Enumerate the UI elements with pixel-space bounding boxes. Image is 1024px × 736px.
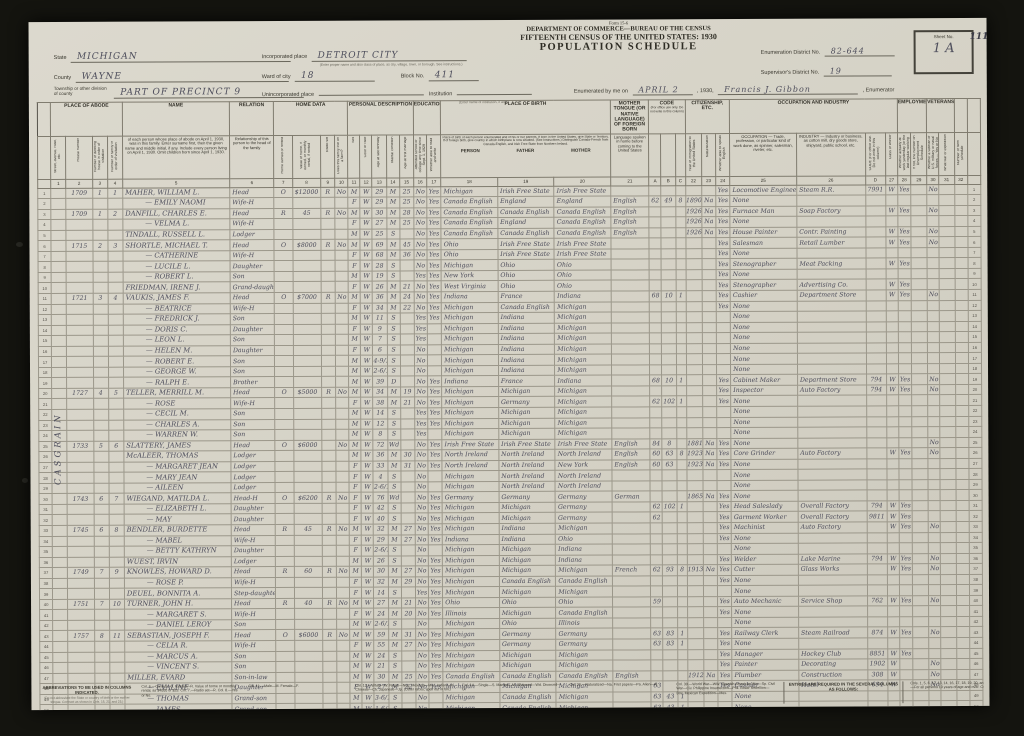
cell-race: W (362, 556, 374, 567)
sub-header-race: Color or race (360, 135, 372, 178)
cell-rel: Wife-H (231, 577, 275, 588)
cell-rel: Daughter (230, 324, 274, 335)
cell-vet: No (927, 237, 939, 248)
cell-val (294, 482, 322, 493)
cell-vet: No (929, 553, 941, 564)
block-label: Block No. (401, 73, 425, 79)
cell-mar: M (387, 450, 400, 461)
cell-pobf: Michigan (499, 513, 556, 524)
cell-ind (798, 543, 867, 554)
cell-name: — ROBERT L. (123, 272, 230, 283)
cell-house (67, 451, 93, 462)
cell-val: $5000 (293, 387, 321, 398)
cell-fs (955, 289, 968, 300)
cell-rn: 29 (969, 479, 982, 490)
cell-farm (335, 229, 348, 240)
cell-farm (336, 377, 349, 388)
cell-radio (321, 366, 335, 377)
cell-sex: F (349, 471, 361, 482)
cell-fs (956, 616, 969, 627)
cell-farm (337, 609, 350, 620)
cell-ind (798, 617, 867, 628)
cell-war (940, 384, 955, 395)
cell-rw: Yes (429, 671, 443, 682)
cell-pobf: Indiana (498, 344, 555, 355)
cell-house (67, 325, 93, 336)
cell-house (67, 483, 93, 494)
cell-code: 794 (866, 374, 886, 385)
cell-code (867, 638, 887, 649)
cell-rn: 28 (969, 469, 982, 480)
cell-agm (401, 492, 415, 503)
cell-farm (335, 303, 348, 314)
sub-header-vertical-text: Age at last birthday (377, 136, 381, 167)
cell-war (941, 595, 956, 606)
cell-pobm: Canada English (556, 607, 613, 618)
cell-img (687, 470, 703, 481)
cell-pobm: Michigan (556, 565, 613, 576)
cell-house (68, 578, 94, 589)
cell-sex: F (349, 482, 361, 493)
sub-header-vertical-text: Whether actually at work yesterday (or t… (899, 134, 911, 171)
sub-header-vertical-text: Value of home, if owned, or monthly rent… (300, 136, 312, 173)
cell-cw: W (886, 184, 898, 195)
column-number (38, 179, 51, 188)
column-number: 12 (360, 178, 372, 187)
cell-pobf: Michigan (499, 608, 556, 619)
group-code: CODE(For office use only. Do not write i… (649, 100, 686, 134)
cell-fs (955, 268, 968, 279)
cell-pobf: North Ireland (499, 449, 556, 460)
cell-house: 1751 (68, 599, 94, 610)
cell-rn: 41 (969, 606, 982, 617)
cell-ln: 44 (40, 642, 53, 653)
cell-e1 (899, 469, 912, 480)
cell-e1 (899, 532, 912, 543)
cell-name: — MABEL (124, 535, 231, 546)
cell-name: SHORTLE, MICHAEL T. (123, 240, 230, 251)
cell-fam (109, 504, 124, 515)
cell-radio: R (321, 208, 335, 219)
cell-nat: Na (702, 206, 716, 217)
cell-own: O (276, 630, 294, 641)
cell-occ: None (731, 353, 798, 364)
cell-own (276, 503, 294, 514)
cell-own (276, 662, 294, 673)
cell-own (276, 535, 294, 546)
sub-header-vertical-text: If not, line number on Unemployment Sche… (913, 134, 925, 171)
cell-radio (321, 282, 335, 293)
cell-ln: 12 (38, 304, 51, 315)
cell-sch: No (416, 640, 429, 651)
cell-cb: 63 (662, 449, 676, 460)
cell-val (293, 366, 321, 377)
cell-age: 4 (373, 471, 387, 482)
cell-radio (321, 345, 335, 356)
cell-e1: Yes (898, 184, 911, 195)
cell-radio (322, 545, 336, 556)
cell-code (866, 448, 886, 459)
cell-radio: R (322, 387, 336, 398)
cell-rel: Head-H (231, 493, 275, 504)
cell-nat (703, 417, 717, 428)
cell-war (940, 458, 955, 469)
cell-mar: M (388, 577, 401, 588)
cell-e1 (898, 195, 911, 206)
cell-cb: 10 (662, 291, 676, 302)
entries-required-text: ENTRIES ARE REQUIRED IN THE SEVERAL COLU… (787, 681, 899, 692)
cell-eng: Yes (717, 385, 731, 396)
cell-pobf: Michigan (499, 565, 556, 576)
cell-sex: M (350, 556, 362, 567)
cell-pobf: Irish Free State (499, 439, 556, 450)
cell-img (687, 586, 703, 597)
cell-code: 762 (867, 596, 887, 607)
cell-occ: Railway Clerk (732, 628, 799, 639)
cell-ca (650, 344, 662, 355)
sub-header-farm: Does this family live on a farm? (335, 135, 348, 178)
cell-race: W (361, 503, 373, 514)
cell-sex: M (349, 450, 361, 461)
cell-rel: Lodger (231, 451, 275, 462)
cell-war (940, 406, 955, 417)
column-number: 7 (274, 178, 292, 187)
cell-race: W (360, 218, 372, 229)
cell-pobf: Indiana (498, 323, 555, 334)
cell-fs (954, 195, 967, 206)
cell-ca: 60 (650, 460, 662, 471)
cell-ln: 6 (38, 241, 51, 252)
sub-header-sex: Sex (348, 135, 360, 178)
sub-header-street: Street, avenue, road, etc. (51, 136, 66, 179)
cell-eng: Yes (717, 449, 731, 460)
cell-race: W (360, 239, 372, 250)
cell-pobf: Canada English (498, 228, 555, 239)
cell-e1 (898, 321, 911, 332)
form-header: State MICHIGAN County WAYNE Township or … (29, 18, 987, 22)
cell-sex: F (350, 545, 362, 556)
cell-vet (927, 247, 939, 258)
cell-mar: M (386, 197, 399, 208)
cell-radio (323, 619, 337, 630)
cell-nat (702, 364, 716, 375)
cell-vet (929, 574, 941, 585)
cell-nat (702, 375, 716, 386)
cell-pobf: Ohio (499, 618, 556, 629)
cell-house (67, 462, 93, 473)
cell-street (53, 631, 68, 642)
cell-radio (322, 535, 336, 546)
cell-dw: 6 (94, 494, 109, 505)
cell-vet (929, 648, 941, 659)
cell-val (294, 461, 322, 472)
cell-eng: Yes (716, 269, 730, 280)
cell-street (51, 230, 66, 241)
cell-radio (322, 588, 336, 599)
cell-war (941, 669, 956, 680)
cell-name: — LEON L. (123, 335, 230, 346)
cell-radio (321, 250, 335, 261)
cell-mar: S (388, 619, 401, 630)
cell-ln: 1 (38, 188, 51, 199)
cell-occ: Cabinet Maker (731, 375, 798, 386)
cell-house (66, 230, 92, 241)
cell-e1 (898, 311, 911, 322)
cell-sex: F (348, 303, 360, 314)
cell-rel: Wife-H (230, 219, 274, 230)
supervisor-district-value: 19 (824, 66, 892, 76)
cell-tongue (612, 407, 650, 418)
cell-rw: Yes (428, 397, 442, 408)
cell-pob: Indiana (442, 534, 499, 545)
cell-fam (109, 462, 124, 473)
cell-vet (928, 427, 940, 438)
cell-farm (337, 651, 350, 662)
cell-cc (676, 428, 686, 439)
cell-eng: Yes (716, 196, 730, 207)
cell-agm: 30 (401, 450, 415, 461)
entries-required-note: Cols. 1, 5, 6, 12, 13, 14, 16, 17, 18, 1… (910, 681, 983, 703)
cell-cb: 102 (662, 396, 676, 407)
cell-eng: Yes (716, 259, 730, 270)
cell-ind (797, 300, 866, 311)
cell-img (686, 343, 702, 354)
column-number: 16 (414, 177, 427, 186)
cell-eng: Yes (717, 491, 731, 502)
cell-cc (676, 259, 686, 270)
cell-vet (929, 585, 941, 596)
cell-eng: Yes (718, 628, 732, 639)
cell-tongue (612, 386, 650, 397)
cell-rw: Yes (429, 608, 443, 619)
cell-cb (662, 470, 676, 481)
cell-farm (336, 482, 349, 493)
column-number: 13 (372, 178, 386, 187)
cell-age: 59 (374, 629, 388, 640)
cell-fam (108, 409, 123, 420)
cell-race: W (360, 229, 372, 240)
cell-pob: Ohio (441, 249, 498, 260)
cell-cb (663, 544, 677, 555)
cell-e2 (913, 617, 929, 628)
cell-cb (661, 227, 675, 238)
cell-pob: Michigan (442, 429, 499, 440)
cell-dw (93, 409, 108, 420)
cell-age: 25 (372, 229, 386, 240)
abbreviation-block: Col. 12.—White—W. Negro—Neg. Mexican—Mex… (355, 683, 455, 705)
cell-age: 12 (373, 419, 387, 430)
cell-ln: 26 (39, 452, 52, 463)
column-number: B (661, 176, 675, 185)
cell-pobm: Michigan (556, 523, 613, 534)
cell-name: KNOWLES, HOWARD D. (124, 567, 231, 578)
cell-cb (663, 607, 677, 618)
cell-mar: S (388, 556, 401, 567)
cell-sex: F (350, 640, 362, 651)
cell-age: 69 (372, 239, 386, 250)
cell-e2 (911, 321, 927, 332)
cell-rw (428, 366, 442, 377)
cell-cw (886, 300, 898, 311)
cell-ca: 68 (650, 375, 662, 386)
cell-cb: 83 (663, 628, 677, 639)
cell-occ: Cashier (730, 290, 797, 301)
cell-nat: Na (702, 227, 716, 238)
cell-ind (798, 480, 867, 491)
cell-e2 (913, 574, 929, 585)
cell-farm (335, 334, 348, 345)
cell-e2 (913, 606, 929, 617)
cell-tongue (611, 280, 649, 291)
cell-ind: Retail Lumber (797, 237, 866, 248)
cell-fam (108, 356, 123, 367)
cell-pobm: Canada English (554, 207, 611, 218)
cell-rn: 21 (968, 395, 981, 406)
cell-street (51, 241, 66, 252)
cell-pobf: Ohio (498, 281, 555, 292)
group-education: EDUCATION (413, 101, 440, 135)
sheet-number-value: 1 A (933, 41, 955, 56)
cell-nat (702, 259, 716, 270)
cell-agm: 31 (401, 629, 415, 640)
cell-tongue (612, 470, 650, 481)
cell-cw: W (887, 522, 899, 533)
sub-header-tongue: Language spoken in home before coming to… (610, 133, 649, 176)
cell-nat (703, 480, 717, 491)
cell-cw (886, 332, 898, 343)
cell-e1 (900, 617, 913, 628)
cell-cw: W (886, 385, 898, 396)
cell-e2 (912, 532, 928, 543)
cell-rn: 4 (968, 216, 981, 227)
cell-name: — AILEEN (124, 483, 231, 494)
cell-vet: No (927, 226, 939, 237)
cell-e1 (899, 395, 912, 406)
cell-tongue (612, 544, 650, 555)
cell-occ: None (730, 248, 797, 259)
cell-nat: Na (703, 449, 717, 460)
cell-ind (798, 585, 867, 596)
cell-war (939, 258, 954, 269)
cell-cc (677, 512, 687, 523)
cell-occ: Manager (732, 649, 799, 660)
cell-img: 1912 (688, 670, 704, 681)
cell-fs (954, 184, 967, 195)
cell-cw (886, 353, 898, 364)
cell-cw (886, 406, 898, 417)
sub-header-cc (675, 133, 685, 176)
cell-ind (797, 195, 866, 206)
cell-code (867, 606, 887, 617)
cell-sex: F (349, 324, 361, 335)
cell-vet: No (929, 564, 941, 575)
cell-tongue (613, 660, 651, 671)
cell-ind (798, 490, 867, 501)
cell-nat (703, 512, 717, 523)
cell-e2 (913, 595, 929, 606)
cell-val: $6200 (294, 493, 322, 504)
cell-house (67, 335, 93, 346)
cell-sch: No (414, 292, 427, 303)
cell-ln: 21 (39, 399, 52, 410)
cell-pobf: Michigan (500, 650, 557, 661)
cell-age: 55 (374, 640, 388, 651)
cell-rel: Son (231, 419, 275, 430)
cell-house (67, 304, 93, 315)
enumerated-label: Enumerated by me on (574, 88, 628, 94)
cell-rel: Head (231, 567, 275, 578)
cell-rel: Wife-H (231, 535, 275, 546)
cell-dw: 7 (94, 599, 109, 610)
cell-radio (321, 197, 335, 208)
cell-cw (887, 543, 899, 554)
cell-race: W (361, 355, 373, 366)
cell-age: 34 (373, 387, 387, 398)
cell-cc (677, 523, 687, 534)
cell-val (294, 609, 322, 620)
cell-pobm: Michigan (555, 386, 612, 397)
cell-age: 4-9/12 (373, 355, 387, 366)
cell-occ: Cutter (732, 564, 799, 575)
cell-ca (650, 491, 662, 502)
abbreviations-title: ABBREVIATIONS TO BE USED IN COLUMNS INDI… (39, 685, 134, 696)
cell-dw (94, 589, 109, 600)
cell-own (276, 556, 294, 567)
cell-pobf: Germany (499, 629, 556, 640)
cell-radio (322, 556, 336, 567)
cell-fs (955, 448, 968, 459)
cell-dw: 1 (92, 188, 107, 199)
cell-e2 (913, 648, 929, 659)
cell-rn: 40 (969, 595, 982, 606)
cell-house (67, 420, 93, 431)
cell-cb (663, 576, 677, 587)
cell-cb (662, 270, 676, 281)
cell-race: W (361, 419, 373, 430)
enumerator-role: , Enumerator (863, 87, 895, 93)
cell-mar: S (387, 355, 400, 366)
cell-race: W (361, 366, 373, 377)
cell-cb: 93 (663, 565, 677, 576)
cell-ca (651, 523, 663, 534)
cell-cc: 8 (676, 449, 686, 460)
cell-occ: Welder (732, 554, 799, 565)
cell-occ: None (732, 607, 799, 618)
cell-fs (955, 332, 968, 343)
cell-sex: F (350, 609, 362, 620)
cell-fs (955, 342, 968, 353)
cell-war (941, 585, 956, 596)
cell-house: 1709 (66, 188, 92, 199)
cell-house (67, 346, 93, 357)
cell-dw (94, 546, 109, 557)
cell-radio (323, 672, 337, 683)
cell-pob: Michigan (442, 545, 499, 556)
cell-farm (336, 461, 349, 472)
cell-dw (93, 399, 108, 410)
cell-pobf: Indiana (499, 523, 556, 534)
cell-e1: Yes (900, 648, 913, 659)
cell-cb (662, 301, 676, 312)
cell-fs (956, 606, 969, 617)
cell-ind (798, 575, 867, 586)
cell-occ: None (731, 332, 798, 343)
cell-house: 1721 (66, 293, 92, 304)
column-number: 31 (939, 175, 954, 184)
cell-pob: Michigan (442, 344, 499, 355)
cell-cw: W (886, 205, 898, 216)
cell-e2 (911, 300, 927, 311)
